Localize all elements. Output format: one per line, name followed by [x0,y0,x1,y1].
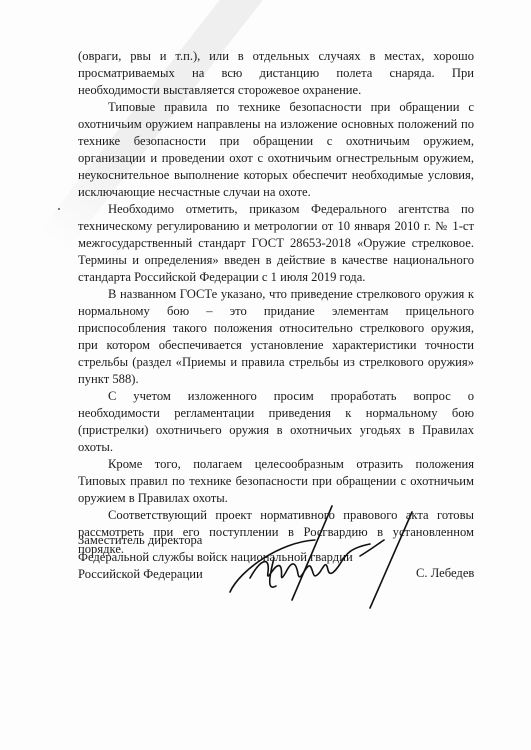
signer-name: С. Лебедев [416,566,474,581]
paragraph: (овраги, рвы и т.п.), или в отдельных сл… [78,48,474,99]
letter-body: (овраги, рвы и т.п.), или в отдельных сл… [78,48,474,558]
paragraph: Необходимо отметить, приказом Федерально… [78,201,474,286]
document-page: (овраги, рвы и т.п.), или в отдельных сл… [0,0,531,750]
paragraph: В названном ГОСТе указано, что приведени… [78,286,474,387]
paragraph: Типовые правила по технике безопасности … [78,99,474,200]
handwritten-signature [220,500,430,610]
scan-artifact-dot [58,208,60,210]
paragraph: С учетом изложенного просим проработать … [78,388,474,456]
